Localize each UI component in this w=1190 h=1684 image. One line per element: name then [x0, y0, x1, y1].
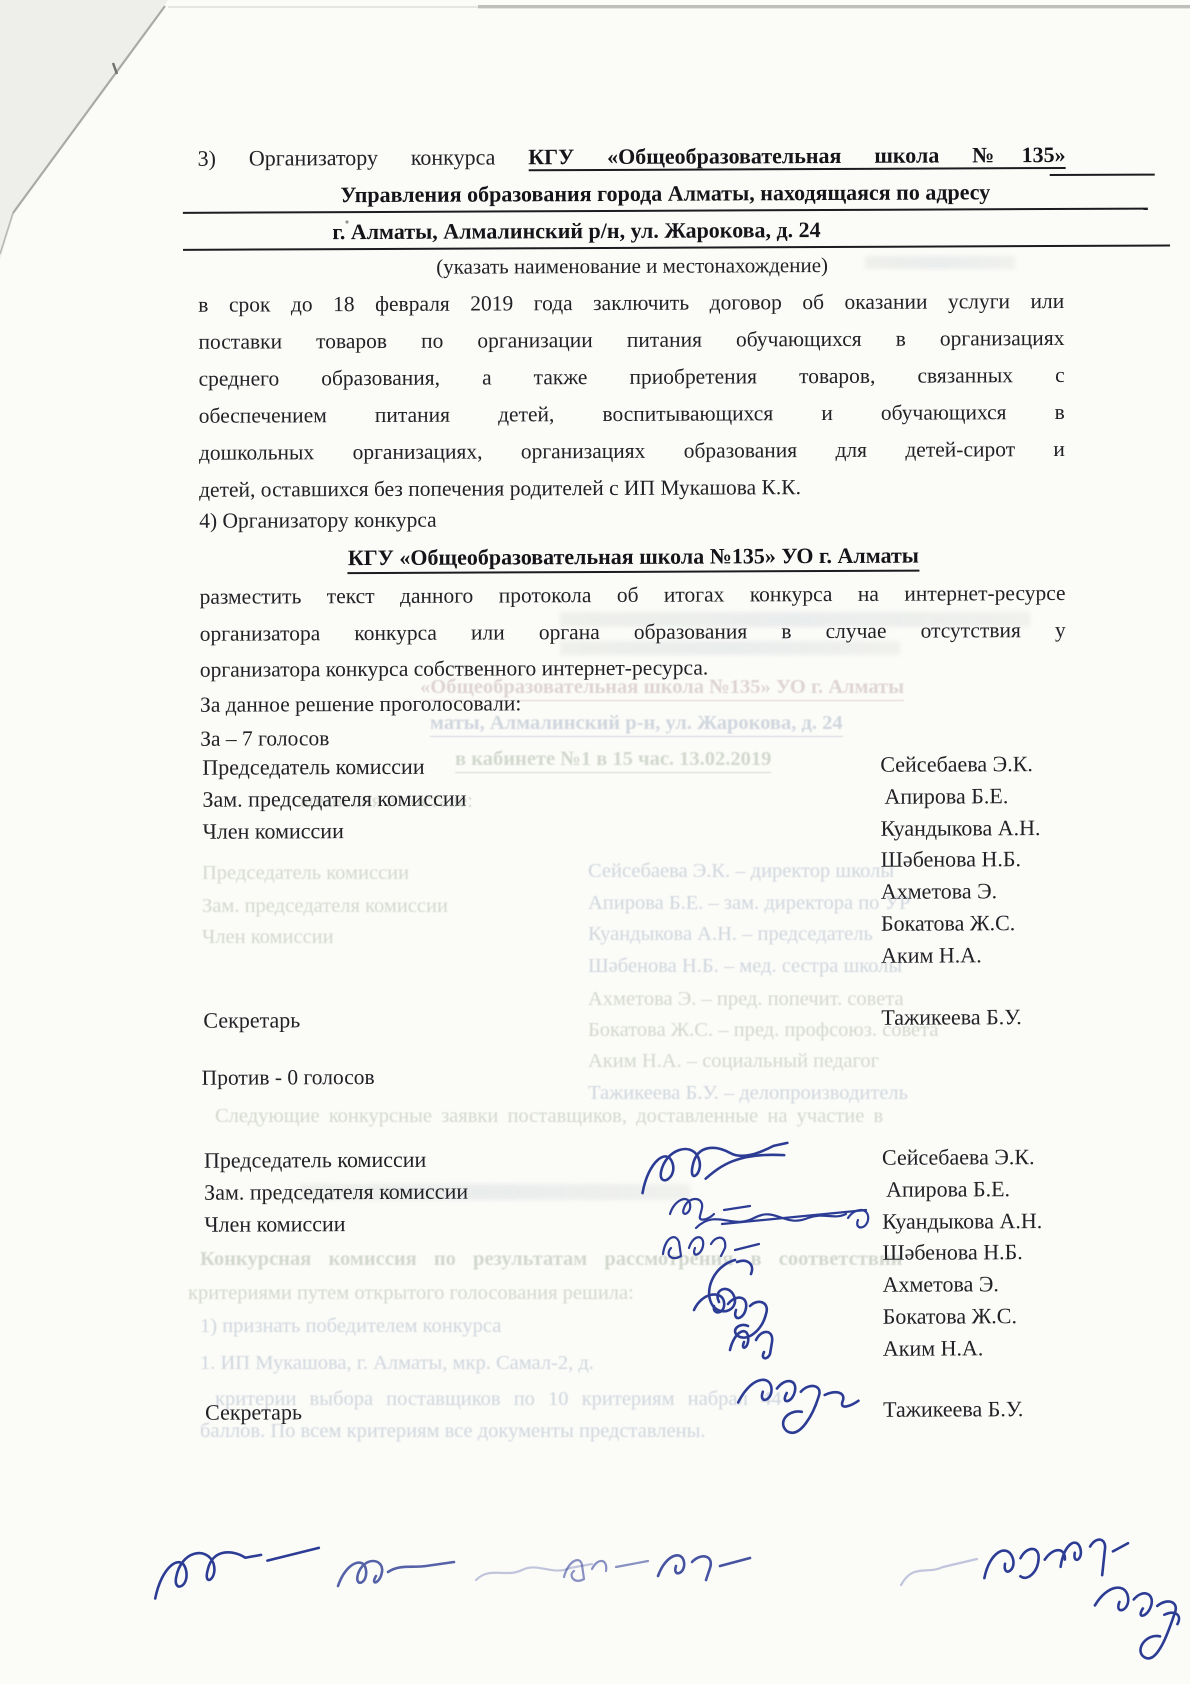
paragraph-line: в срок до 18 февраля 2019 года заключить… — [198, 289, 1064, 318]
roster-role: Член комиссии — [204, 1211, 345, 1238]
item3-heading-line1: 3) Организатору конкурса КГУ «Общеобразо… — [198, 142, 1066, 172]
item3-org-line2: Управления образования города Алматы, на… — [183, 179, 1148, 214]
paragraph-line: дошкольных организациях, организациях об… — [199, 437, 1065, 466]
roster-role: Зам. председателя комиссии — [202, 785, 466, 812]
scanned-protocol-page: «Общеобразовательная школа №135» УО г. А… — [0, 0, 1190, 1684]
paragraph-line: поставки товаров по организации питания … — [198, 326, 1064, 355]
paragraph-line: среднего образования, а также приобретен… — [199, 363, 1065, 392]
roster-name: Шәбенова Н.Б. — [881, 847, 1021, 874]
roster-name: Куандыкова А.Н. — [881, 815, 1041, 842]
roster-name: Аким Н.А. — [881, 942, 982, 968]
voting-intro: За данное решение проголосовали: — [200, 691, 521, 717]
signature-akim — [722, 1318, 794, 1362]
roster-role: Председатель комиссии — [204, 1147, 426, 1174]
roster-role: Секретарь — [203, 1007, 300, 1033]
paragraph-line: обеспечением питания детей, воспитывающи… — [199, 400, 1065, 429]
roster-row: Ахметова Э. — [201, 878, 1081, 914]
roster-name: Шәбенова Н.Б. — [882, 1240, 1022, 1267]
signature-bottom-2 — [330, 1548, 470, 1600]
roster-row: Аким Н.А. — [201, 942, 1081, 978]
document-content: 3) Организатору конкурса КГУ «Общеобразо… — [0, 0, 1190, 1684]
paragraph-line: разместить текст данного протокола об ит… — [199, 581, 1065, 610]
signature-bottom-1 — [146, 1533, 334, 1613]
roster-row-secretary: СекретарьТажикеева Б.У. — [201, 1003, 1081, 1039]
roster-row: Зам. председателя комиссииАпирова Б.Е. — [200, 783, 1080, 819]
item3-org-line3: г. Алматы, Алмалинский р/н, ул. Жарокова… — [183, 216, 1170, 251]
item4-number-prefix: 4) Организатору конкурса — [199, 508, 437, 534]
roster-role: Секретарь — [205, 1399, 302, 1425]
underline-extension — [1050, 173, 1155, 175]
roster-row: Бокатова Ж.С. — [201, 910, 1081, 946]
roster-name: Сейсебаева Э.К. — [880, 751, 1033, 778]
roster-row: Ахметова Э. — [203, 1271, 1083, 1307]
roster-name: Апирова Б.Е. — [884, 783, 1008, 810]
roster-name: Ахметова Э. — [882, 1271, 998, 1298]
roster-row: Шәбенова Н.Б. — [201, 846, 1081, 882]
roster-name: Сейсебаева Э.К. — [882, 1144, 1035, 1171]
roster-row: Шәбенова Н.Б. — [202, 1239, 1082, 1275]
roster-row-secretary: СекретарьТажикеева Б.У. — [203, 1395, 1083, 1431]
roster-row: Аким Н.А. — [203, 1335, 1083, 1371]
roster-name: Ахметова Э. — [881, 878, 997, 905]
item3-org-name: КГУ «Общеобразовательная школа №135» — [528, 142, 1066, 171]
roster-name: Апирова Б.Е. — [886, 1176, 1010, 1203]
roster-row: Член комиссииКуандыкова А.Н. — [201, 814, 1081, 850]
signature-tazhikeeva — [728, 1358, 883, 1458]
signature-bottom-4 — [648, 1540, 758, 1590]
signature-bottom-3 — [556, 1545, 661, 1591]
item4-org-heading-text: КГУ «Общеобразовательная школа №135» УО … — [348, 543, 919, 574]
item3-number-prefix: 3) Организатору конкурса — [198, 144, 496, 170]
paragraph-line: организатора конкурса или органа образов… — [200, 618, 1066, 647]
roster-role: Член комиссии — [203, 818, 344, 845]
votes-against: Против - 0 голосов — [202, 1065, 375, 1091]
item4-org-heading: КГУ «Общеобразовательная школа №135» УО … — [199, 542, 1067, 572]
roster-role: Зам. председателя комиссии — [204, 1178, 468, 1205]
roster-row: Председатель комиссииСейсебаева Э.К. — [200, 751, 1080, 787]
paragraph-line: организатора конкурса собственного интер… — [200, 656, 708, 683]
roster-name: Тажикеева Б.У. — [881, 1004, 1021, 1031]
roster-name: Куандыкова А.Н. — [882, 1208, 1042, 1235]
roster-row: Член комиссииКуандыкова А.Н. — [202, 1207, 1082, 1243]
votes-for: За – 7 голосов — [200, 726, 329, 752]
roster-name: Бокатова Ж.С. — [881, 910, 1015, 937]
roster-role: Председатель комиссии — [202, 754, 424, 781]
signature-bottom-7 — [1080, 1571, 1190, 1681]
item3-caption: (указать наименование и местонахождение) — [198, 252, 1066, 281]
roster-name: Тажикеева Б.У. — [883, 1396, 1023, 1423]
roster-name: Бокатова Ж.С. — [883, 1303, 1017, 1330]
paragraph-line: детей, оставшихся без попечения родителе… — [199, 475, 801, 503]
voting-roster-first: Председатель комиссииСейсебаева Э.К. Зам… — [200, 751, 1081, 1039]
roster-row: Бокатова Ж.С. — [203, 1303, 1083, 1339]
roster-name: Аким Н.А. — [883, 1335, 984, 1361]
